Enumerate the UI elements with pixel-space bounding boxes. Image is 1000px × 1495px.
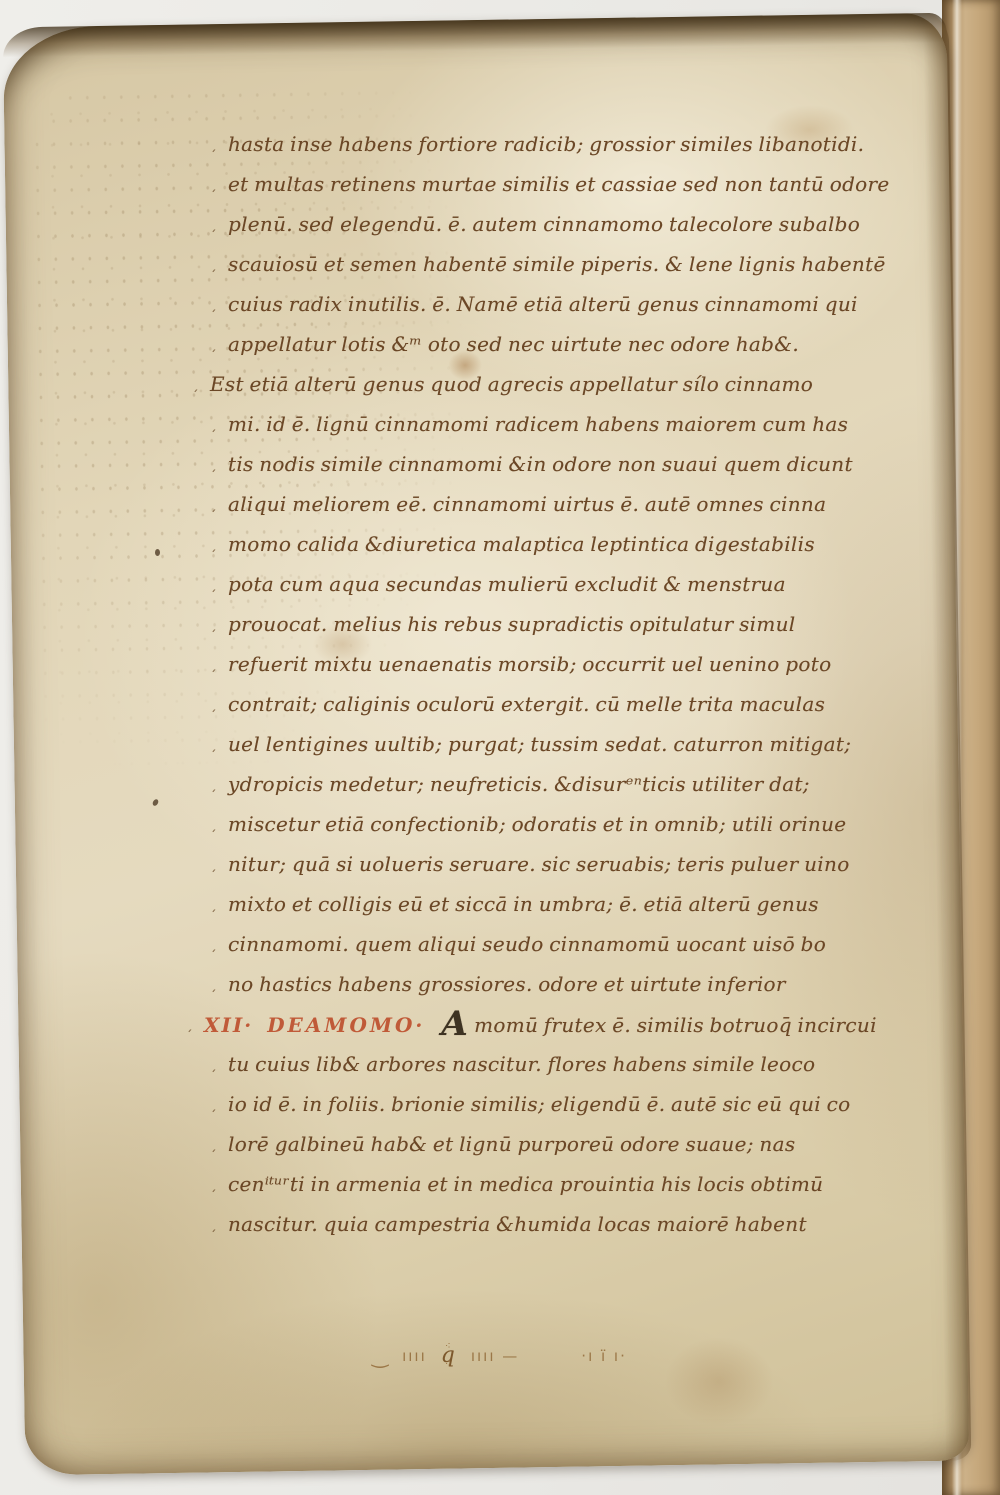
text-line: cuius radix inutilis. ē. Namē etiā alter… — [228, 284, 964, 324]
text-line: io id ē. in foliis. brionie similis; eli… — [228, 1084, 964, 1124]
quire-second-mark: ·ı ï ı· — [581, 1347, 627, 1365]
text-line: miscetur etiā confectionib; odoratis et … — [228, 804, 964, 844]
text-line: nascitur. quia campestria &humida locas … — [228, 1204, 964, 1244]
chapter-initial-letter: A — [441, 1004, 468, 1044]
quire-letter-group: ⁖ q ⁖ — [441, 1342, 457, 1369]
text-line: Est etiā alterū genus quod agrecis appel… — [210, 364, 964, 404]
text-line: nitur; quā si uolueris seruare. sic seru… — [228, 844, 964, 884]
text-line: prouocat. melius his rebus supradictis o… — [228, 604, 964, 644]
text-line: plenū. sed elegendū. ē. autem cinnamomo … — [228, 204, 964, 244]
quire-swash-mark: ‿ — [372, 1344, 388, 1368]
chapter-title-rubric: DEAMOMO· — [267, 1013, 425, 1037]
text-line: refuerit mixtu uenaenatis morsib; occurr… — [228, 644, 964, 684]
text-line: no hastics habens grossiores. odore et u… — [228, 964, 964, 1004]
quire-dots-below: ⁖ — [445, 1360, 453, 1369]
text-line: scauiosū et semen habentē simile piperis… — [228, 244, 964, 284]
text-line: appellatur lotis &ᵐ oto sed nec uirtute … — [228, 324, 964, 364]
text-line: tis nodis simile cinnamomi &in odore non… — [228, 444, 964, 484]
quire-tally-left: ıııı — [402, 1347, 427, 1365]
chapter-number-rubric: XII· — [204, 1013, 253, 1037]
quire-tally-right: ıııı — — [471, 1347, 519, 1365]
text-line: lorē galbineū hab& et lignū purporeū odo… — [228, 1124, 964, 1164]
text-line: pota cum aqua secundas mulierū excludit … — [228, 564, 964, 604]
text-block: hasta inse habens fortiore radicib; gros… — [228, 124, 964, 1244]
chapter-first-line-text: momū frutex ē. similis botruoq̄ incircui — [474, 1013, 877, 1037]
text-line: hasta inse habens fortiore radicib; gros… — [228, 124, 964, 164]
text-line: mi. id ē. lignū cinnamomi radicem habens… — [228, 404, 964, 444]
text-line: aliqui meliorem eē. cinnamomi uirtus ē. … — [228, 484, 964, 524]
quire-signature: ‿ ıııı ⁖ q ⁖ ıııı — ·ı ï ı· — [372, 1342, 627, 1369]
text-line: ydropicis medetur; neufreticis. &disurᵉⁿ… — [228, 764, 964, 804]
text-line: et multas retinens murtae similis et cas… — [228, 164, 964, 204]
text-line: uel lentigines uultib; purgat; tussim se… — [228, 724, 964, 764]
text-line: tu cuius lib& arbores nascitur. flores h… — [228, 1044, 964, 1084]
text-line: cenⁱᵗᵘʳti in armenia et in medica prouin… — [228, 1164, 964, 1204]
text-line: contrait; caliginis oculorū extergit. cū… — [228, 684, 964, 724]
parchment-stain — [663, 1336, 774, 1428]
text-line: momo calida &diuretica malaptica leptint… — [228, 524, 964, 564]
chapter-heading-line: XII·DEAMOMO·Amomū frutex ē. similis botr… — [204, 1004, 964, 1044]
margin-ink-dot — [155, 549, 160, 556]
text-line: cinnamomi. quem aliqui seudo cinnamomū u… — [228, 924, 964, 964]
text-line: mixto et colligis eū et siccā in umbra; … — [228, 884, 964, 924]
